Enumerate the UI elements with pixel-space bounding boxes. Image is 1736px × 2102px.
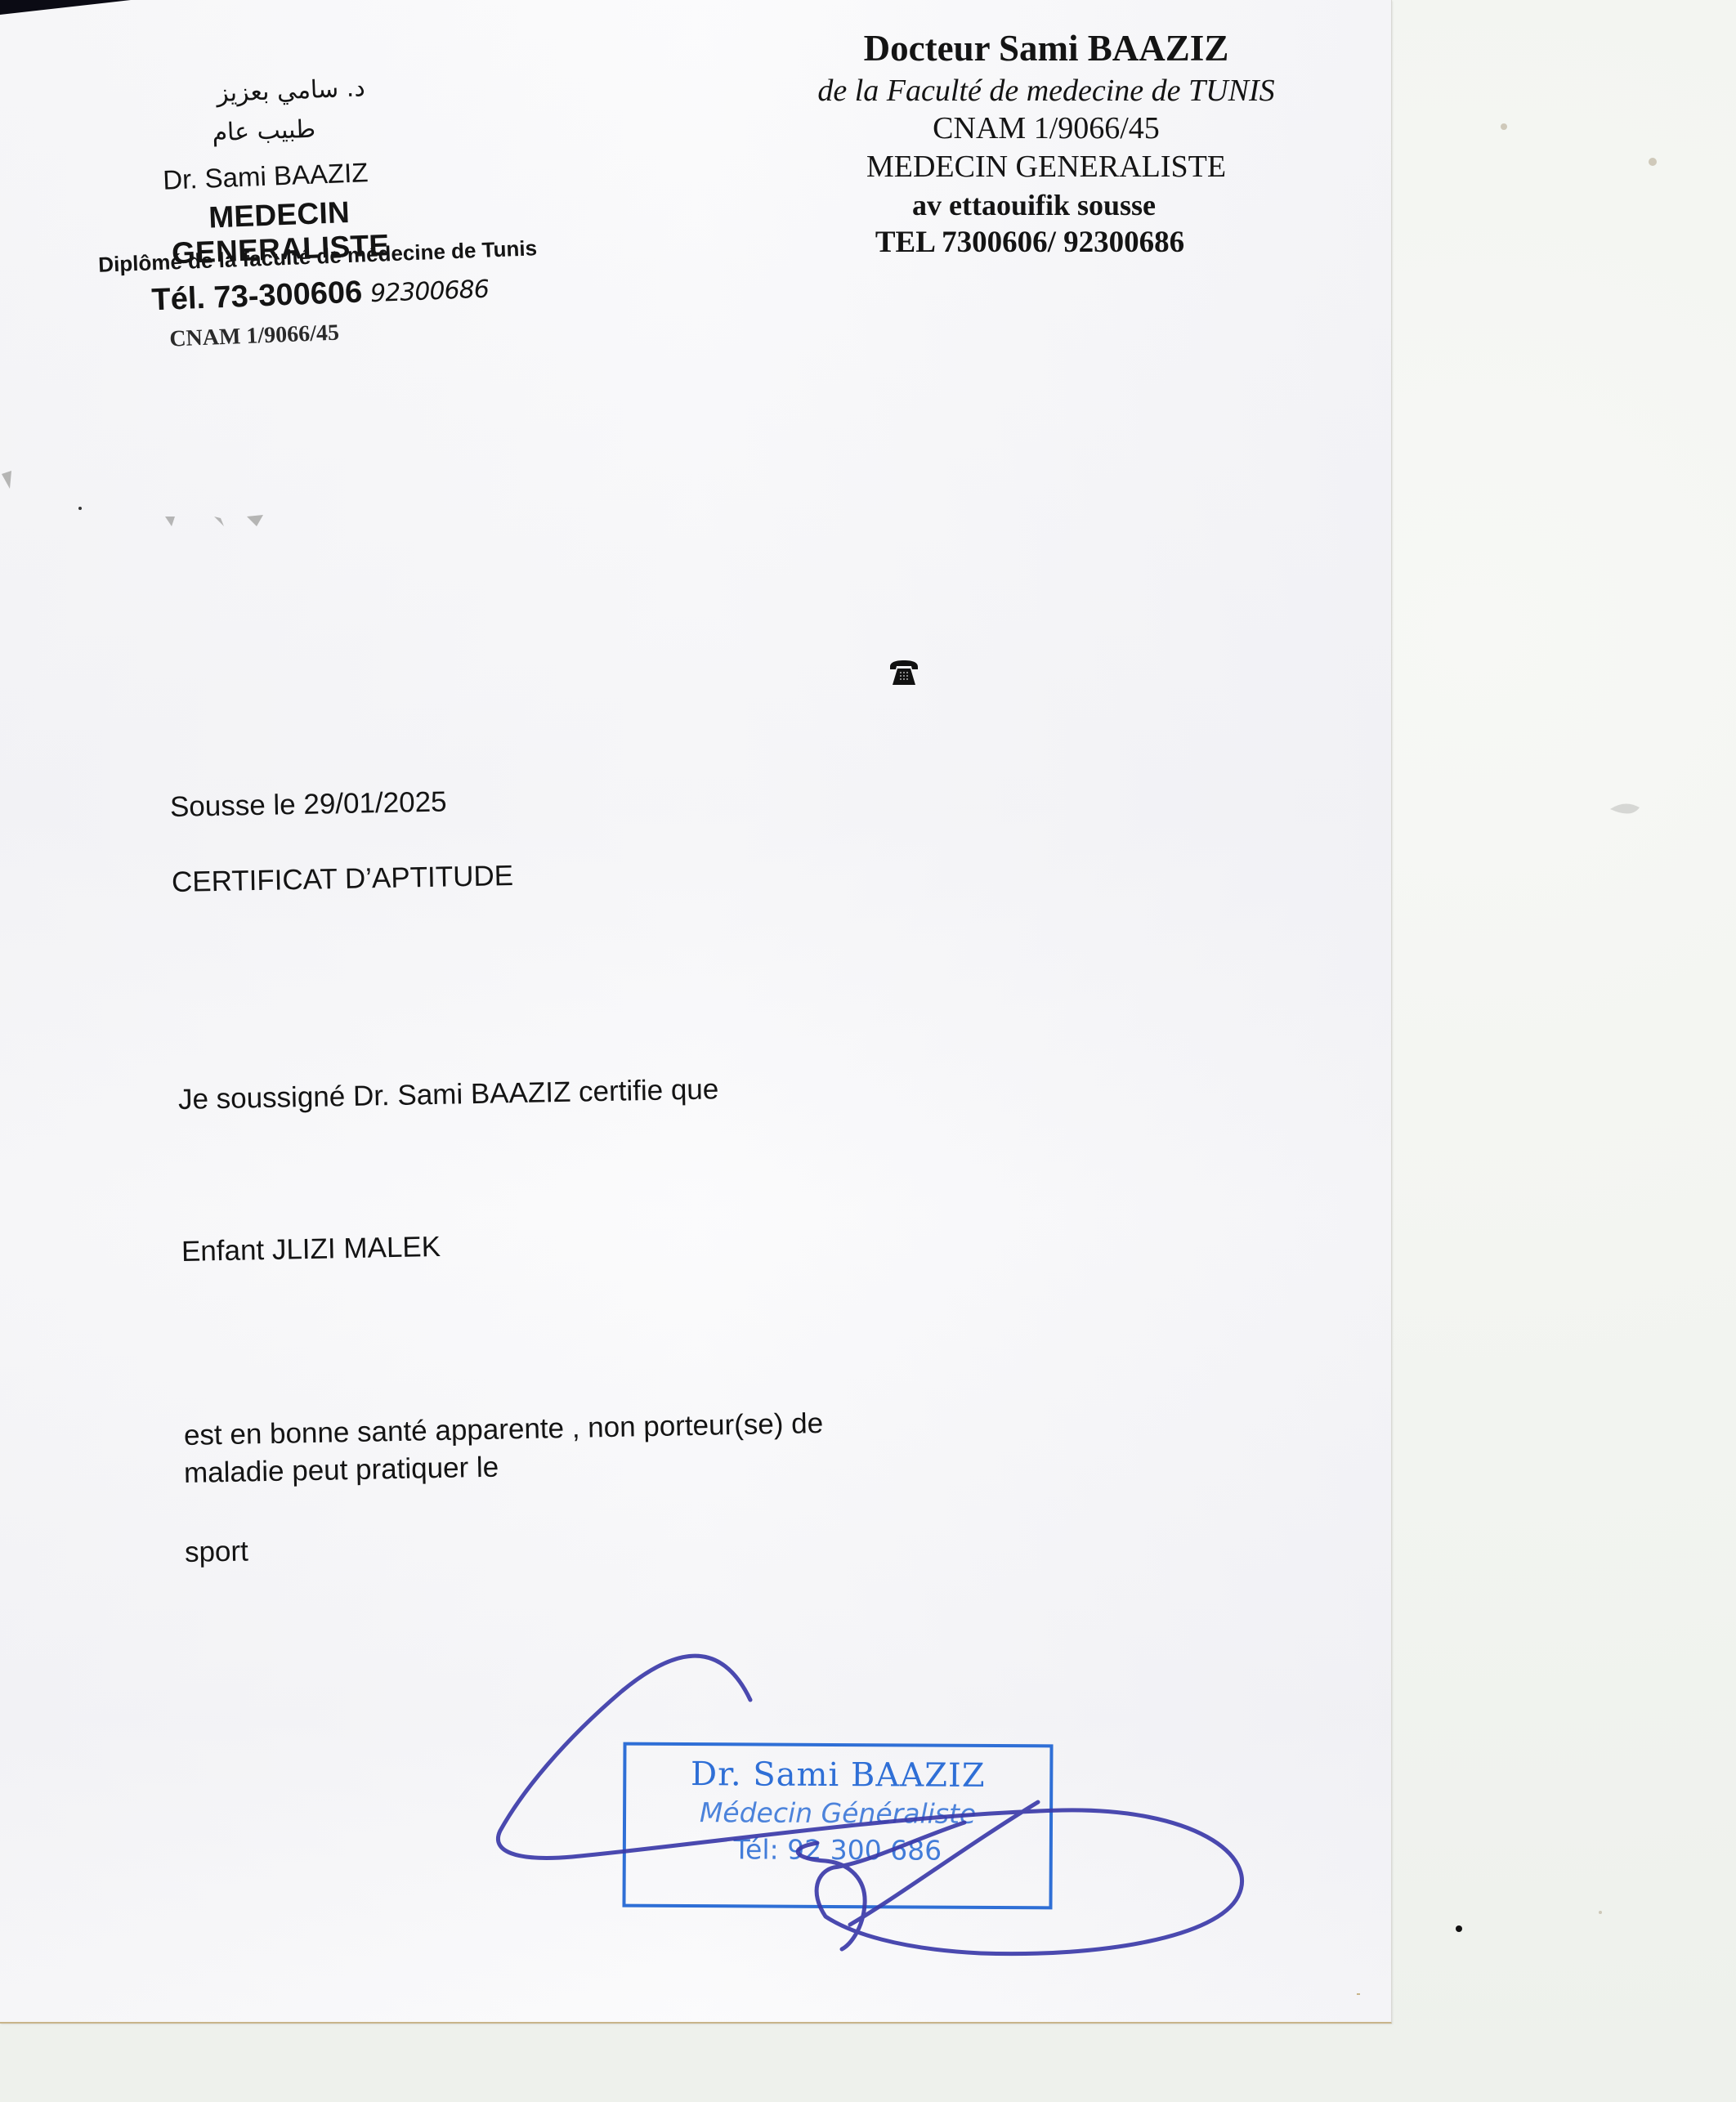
telephone-printed: Tél. 73-300606 <box>151 275 363 318</box>
letterhead-title: Docteur Sami BAAZIZ <box>785 25 1308 72</box>
letterhead-telephone: TEL 7300606/ 92300686 <box>752 224 1308 262</box>
letterhead-address: av ettaouifik sousse <box>760 186 1308 224</box>
certificate-paper: د. سامي بعزيز طبيب عام Dr. Sami BAAZIZ M… <box>0 0 1392 2024</box>
stamp-doctor-name: Dr. Sami BAAZIZ <box>626 1755 1049 1796</box>
place-and-date: Sousse le 29/01/2025 <box>170 786 447 824</box>
certify-line: Je soussigné Dr. Sami BAAZIZ certifie qu… <box>178 1073 719 1116</box>
arabic-doctor-name: د. سامي بعزيز <box>155 71 426 110</box>
telephone-line: Tél. 73-30060692300686 <box>151 271 490 319</box>
arabic-specialty: طبيب عام <box>157 113 370 150</box>
doctor-stamp: Dr. Sami BAAZIZ Médecin Généraliste Tél:… <box>622 1742 1053 1910</box>
right-letterhead: Docteur Sami BAAZIZ de la Faculté de med… <box>785 25 1308 262</box>
doctor-name: Dr. Sami BAAZIZ <box>142 156 388 196</box>
telephone-icon <box>888 659 920 688</box>
stamp-specialty: Médecin Généraliste <box>626 1796 1049 1831</box>
statement-line-1: est en bonne santé apparente , non porte… <box>184 1407 824 1452</box>
stamp-telephone: Tél: 92 300 686 <box>626 1833 1049 1867</box>
letterhead-specialty: MEDECIN GENERALISTE <box>785 147 1308 186</box>
left-letterhead: د. سامي بعزيز طبيب عام Dr. Sami BAAZIZ M… <box>49 57 583 371</box>
telephone-handwritten: 92300686 <box>370 275 490 309</box>
statement-line-2: maladie peut pratiquer le <box>184 1451 499 1490</box>
cnam-number: CNAM 1/9066/45 <box>169 317 415 352</box>
letterhead-faculty: de la Faculté de medecine de TUNIS <box>785 72 1308 110</box>
patient-name-line: Enfant JLIZI MALEK <box>181 1231 441 1268</box>
scan-corner-shadow <box>0 0 131 15</box>
certificate-title: CERTIFICAT D’APTITUDE <box>172 860 514 899</box>
activity-sport: sport <box>185 1536 249 1569</box>
letterhead-cnam: CNAM 1/9066/45 <box>785 110 1308 147</box>
